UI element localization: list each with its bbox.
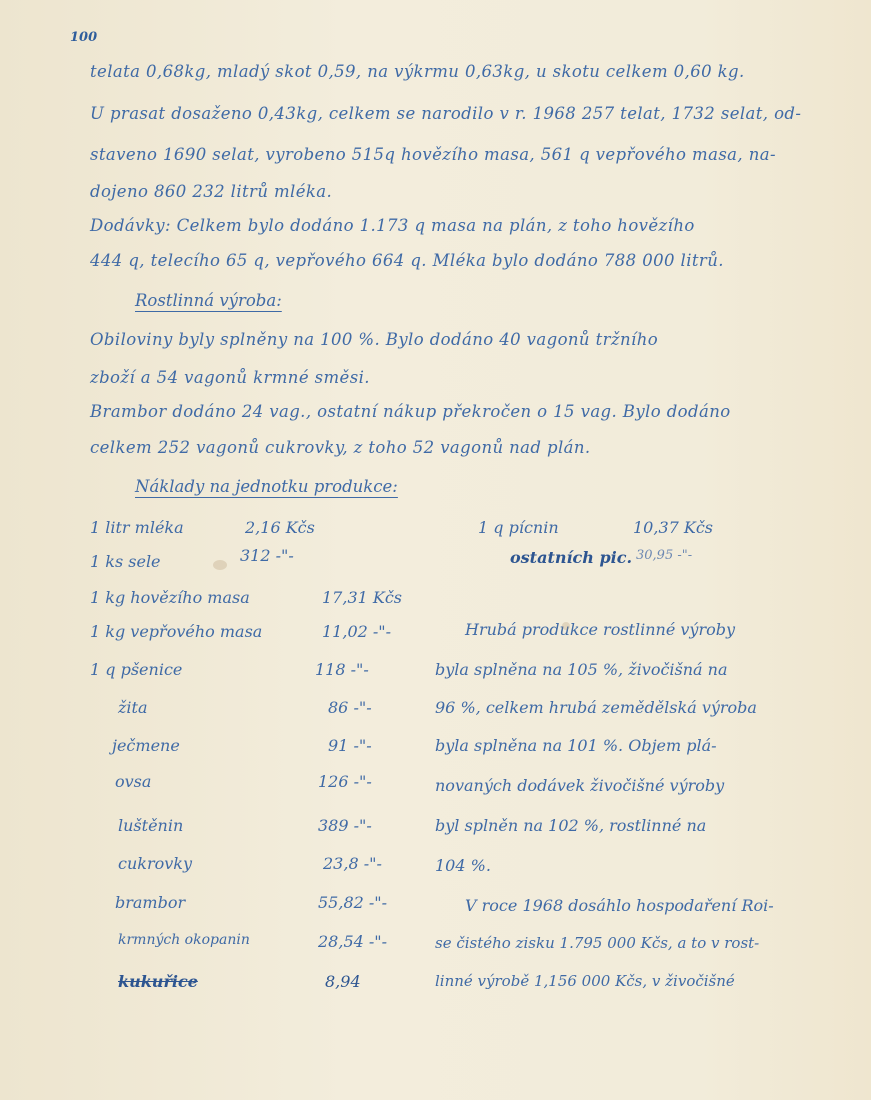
narrative-line: byl splněn na 102 %, rostlinné na [435, 816, 706, 835]
cost-value: 126 -"- [318, 772, 372, 791]
cost-value: 28,54 -"- [318, 932, 387, 951]
cost-label: luštěnin [118, 816, 183, 835]
cost-label: ječmene [112, 736, 180, 755]
cost-label: kukuřice [118, 972, 198, 991]
cost-value: 55,82 -"- [318, 893, 387, 912]
cost-label: 1 q pšenice [90, 660, 182, 679]
cost-value: 23,8 -"- [323, 854, 382, 873]
narrative-line: byla splněna na 105 %, živočišná na [435, 660, 728, 679]
paragraph-line: U prasat dosaženo 0,43kg, celkem se naro… [90, 104, 801, 123]
cost-value: 30,95 -"- [636, 548, 692, 563]
plant-line: zboží a 54 vagonů krmné směsi. [90, 368, 370, 387]
cost-value: 312 -"- [240, 546, 294, 565]
paragraph-line: Dodávky: Celkem bylo dodáno 1.173 q masa… [90, 216, 695, 235]
paragraph-line: dojeno 860 232 litrů mléka. [90, 182, 332, 201]
cost-label: ovsa [115, 772, 151, 791]
paper-stain [213, 560, 227, 570]
paragraph-line: staveno 1690 selat, vyrobeno 515q hovězí… [90, 145, 776, 164]
cost-value: 10,37 Kčs [633, 518, 713, 537]
paragraph-line: telata 0,68kg, mladý skot 0,59, na výkrm… [90, 62, 745, 81]
cost-label: žita [118, 698, 148, 717]
cost-value: 8,94 [325, 972, 361, 991]
cost-label: krmných okopanin [118, 932, 250, 948]
paragraph-line: 444 q, telecího 65 q, vepřového 664 q. M… [90, 251, 724, 270]
section-heading-unit-costs: Náklady na jednotku produkce: [135, 477, 398, 496]
cost-label: 1 q pícnin [478, 518, 559, 537]
narrative-line: 96 %, celkem hrubá zemědělská výroba [435, 698, 757, 717]
paper-stain [562, 622, 570, 630]
cost-value: 86 -"- [328, 698, 372, 717]
cost-label: 1 kg hovězího masa [90, 588, 250, 607]
cost-value: 11,02 -"- [322, 622, 391, 641]
cost-label: 1 ks sele [90, 552, 161, 571]
narrative-line: Hrubá produkce rostlinné výroby [465, 620, 735, 639]
section-heading-plant-production: Rostlinná výroba: [135, 291, 282, 310]
cost-value: 118 -"- [315, 660, 369, 679]
plant-line: celkem 252 vagonů cukrovky, z toho 52 va… [90, 438, 591, 457]
narrative-line: linné výrobě 1,156 000 Kčs, v živočišné [435, 972, 735, 990]
narrative-line: 104 %. [435, 856, 491, 875]
handwritten-page: 100 telata 0,68kg, mladý skot 0,59, na v… [0, 0, 871, 1100]
narrative-line: byla splněna na 101 %. Objem plá- [435, 736, 717, 755]
cost-value: 17,31 Kčs [322, 588, 402, 607]
cost-label: brambor [115, 893, 185, 912]
narrative-line: se čistého zisku 1.795 000 Kčs, a to v r… [435, 934, 759, 952]
page-number: 100 [70, 30, 97, 45]
narrative-line: V roce 1968 dosáhlo hospodaření Roi- [465, 896, 774, 915]
cost-label: ostatních pic. [510, 548, 632, 567]
cost-label: 1 kg vepřového masa [90, 622, 262, 641]
plant-line: Obiloviny byly splněny na 100 %. Bylo do… [90, 330, 658, 349]
cost-value: 91 -"- [328, 736, 372, 755]
cost-label: 1 litr mléka [90, 518, 184, 537]
cost-label: cukrovky [118, 854, 192, 873]
narrative-line: novaných dodávek živočišné výroby [435, 776, 724, 795]
plant-line: Brambor dodáno 24 vag., ostatní nákup př… [90, 402, 731, 421]
cost-value: 389 -"- [318, 816, 372, 835]
cost-value: 2,16 Kčs [245, 518, 315, 537]
